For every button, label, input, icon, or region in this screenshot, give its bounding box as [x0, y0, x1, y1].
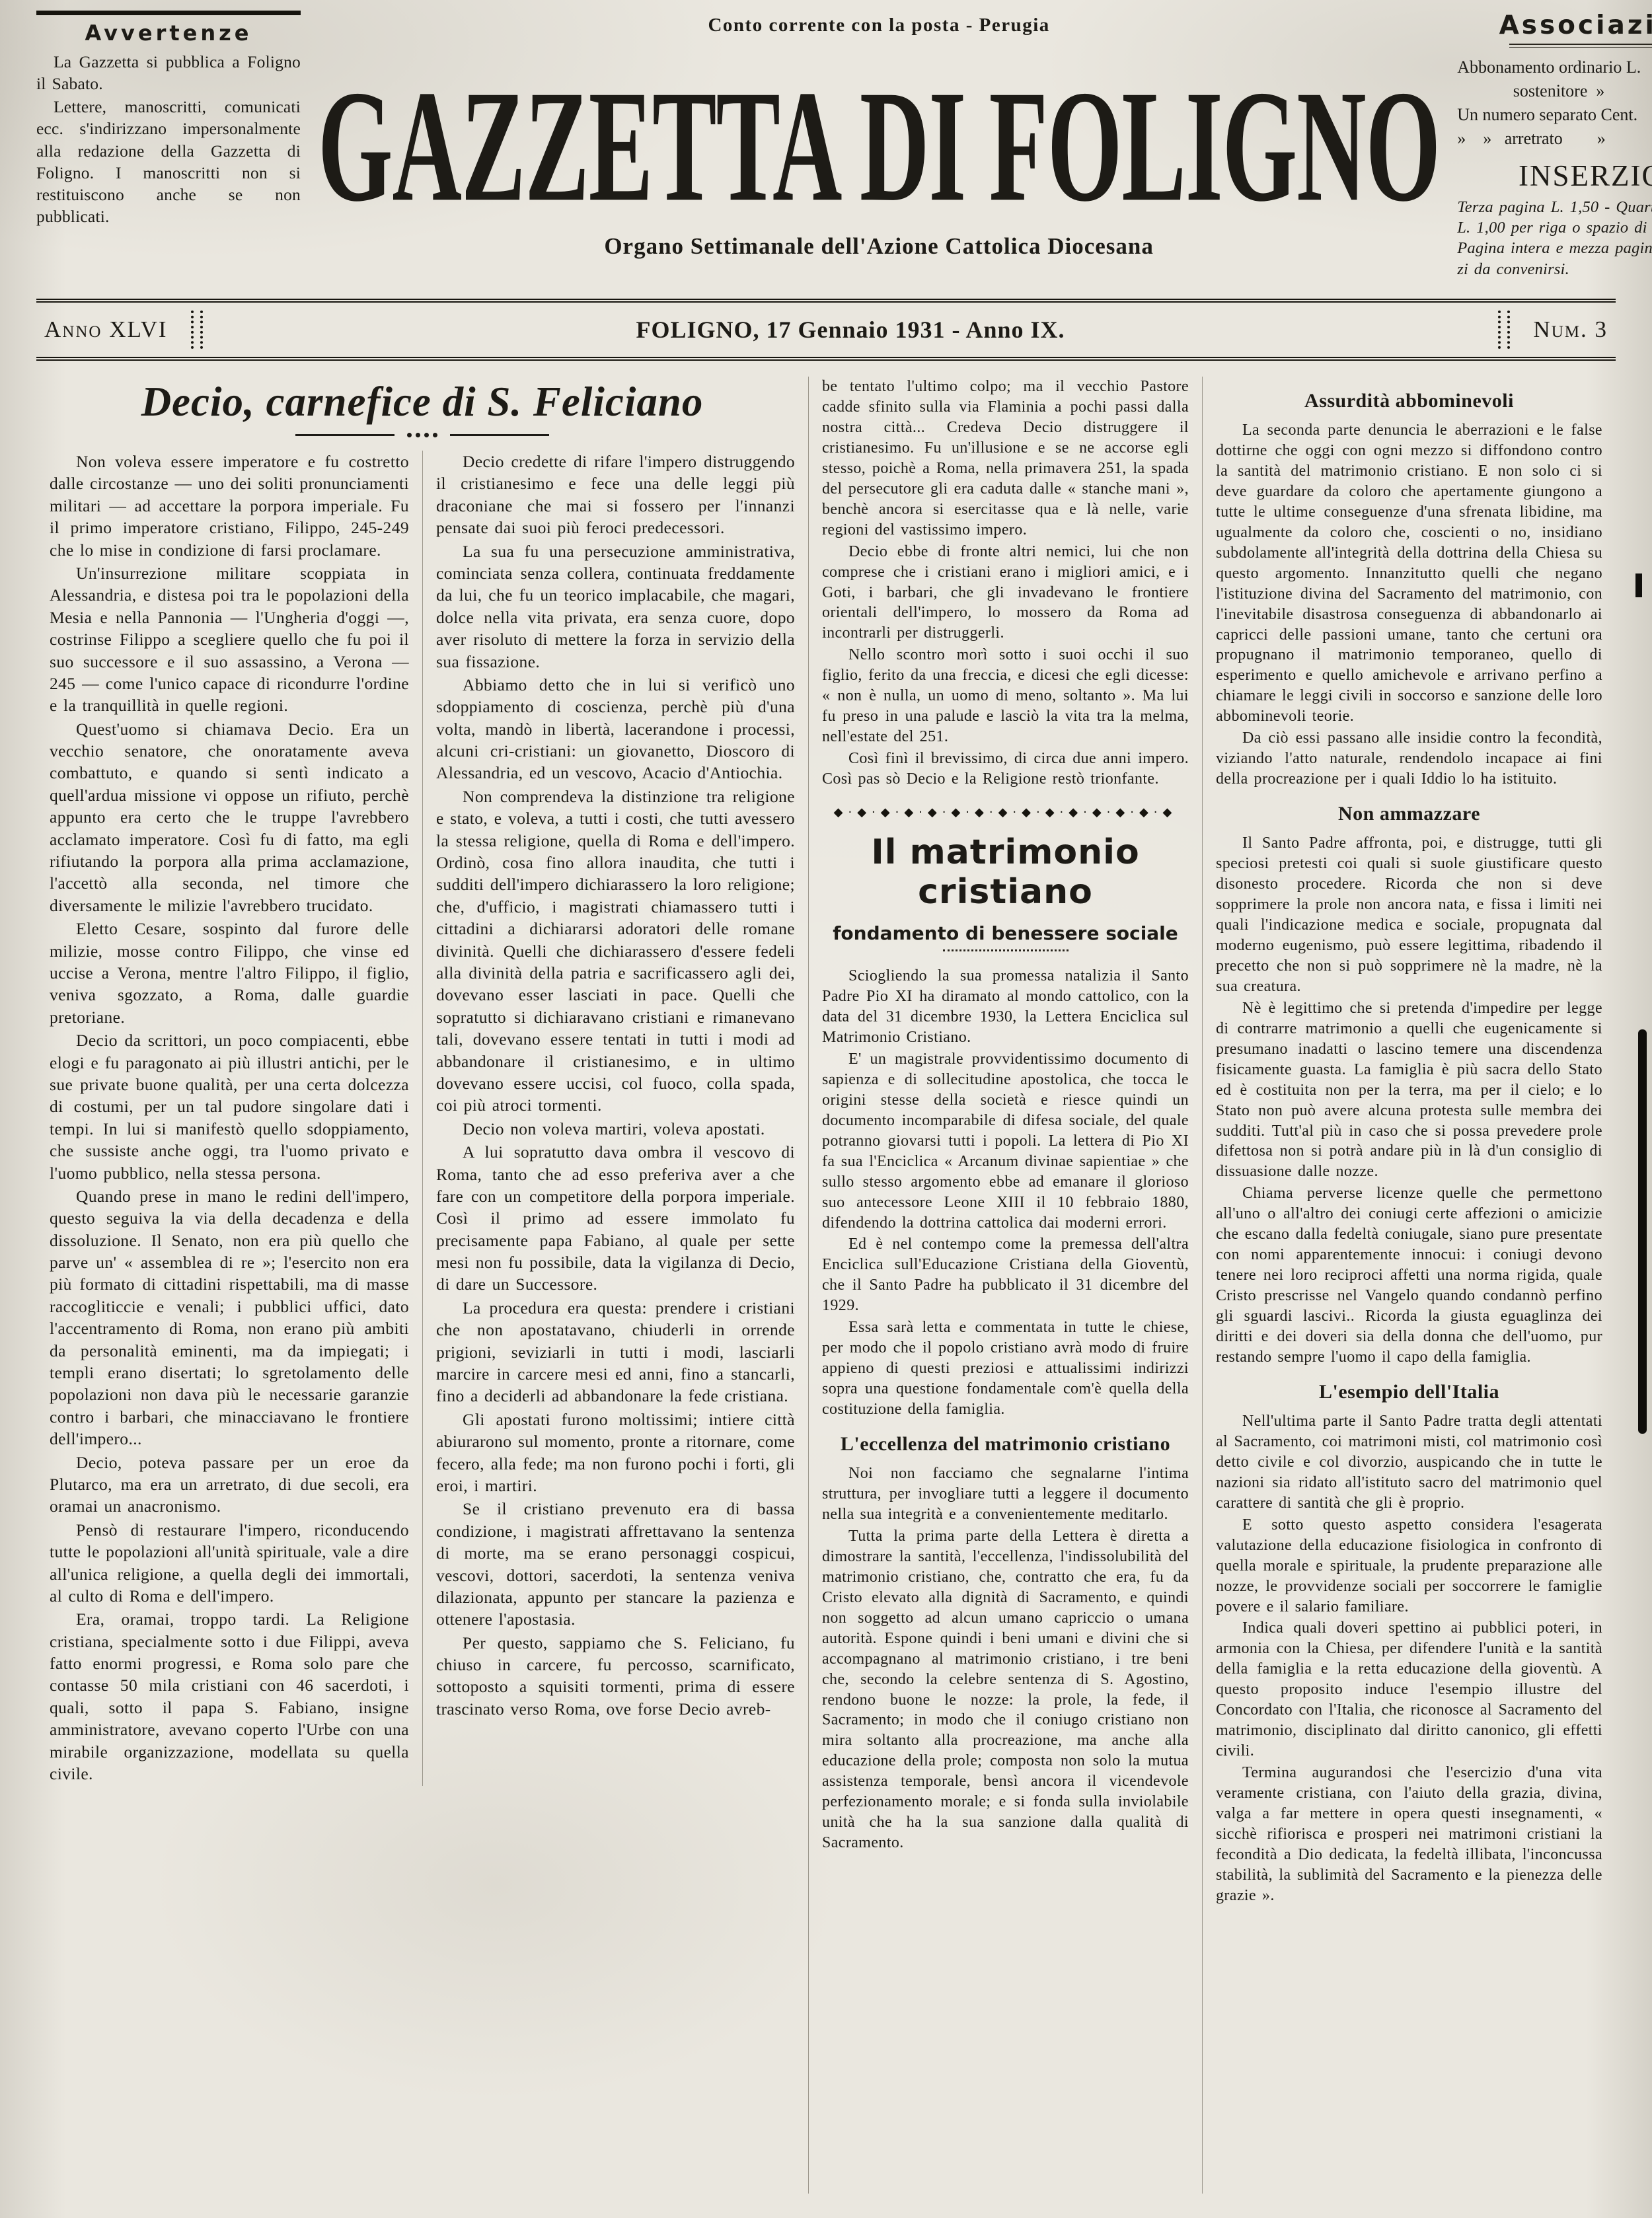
paragraph: Nell'ultima parte il Santo Padre tratta …	[1216, 1411, 1602, 1514]
paragraph: Non comprendeva la distinzione tra relig…	[436, 786, 795, 1117]
paragraph: Gli apostati furono moltissimi; intiere …	[436, 1409, 795, 1497]
paragraph: Se il cristiano prevenuto era di bassa c…	[436, 1498, 795, 1630]
diamond-divider-icon: ◆·◆·◆·◆·◆·◆·◆·◆·◆·◆·◆·◆·◆·◆·◆	[822, 805, 1189, 819]
paragraph: Un'insurrezione militare scoppiata in Al…	[50, 562, 409, 717]
association-rule	[1509, 44, 1652, 48]
inserzioni-text: Terza pagina L. 1,50 - QuartaL. 1,00 per…	[1457, 197, 1652, 279]
article-decio: Decio, carnefice di S. Feliciano Non vol…	[36, 377, 808, 2194]
paragraph: Decio credette di rifare l'impero distru…	[436, 451, 795, 539]
inserzioni-title: INSERZIONI	[1457, 159, 1652, 193]
paragraph: Pensò di restaurare l'impero, riconducen…	[50, 1519, 409, 1608]
newspaper-title: GAZZETTA DI FOLIGNO	[318, 64, 1440, 229]
paragraph: Noi non facciamo che segnalarne l'intima…	[822, 1463, 1189, 1525]
paragraph: Indica quali doveri spettino ai pubblici…	[1216, 1618, 1602, 1761]
section-heading: Assurdità abbominevoli	[1216, 390, 1602, 412]
paragraph: La Gazzetta si pubblica a Foligno il Sab…	[36, 51, 301, 94]
newspaper-subtitle: Organo Settimanale dell'Azione Cattolica…	[318, 233, 1440, 260]
paragraph: Decio non voleva martiri, voleva apostat…	[436, 1118, 795, 1140]
article-subtitle: fondamento di benessere sociale	[822, 922, 1189, 944]
volume-label: Anno XLVI	[44, 316, 168, 343]
notices-box: Avvertenze La Gazzetta si pubblica a Fol…	[36, 11, 301, 299]
paragraph: Essa sarà letta e commentata in tutte le…	[822, 1317, 1189, 1420]
section-assurdita: La seconda parte denuncia le aberrazioni…	[1216, 420, 1602, 790]
paragraph: Decio da scrittori, un poco compiacenti,…	[50, 1029, 409, 1184]
print-artifact	[1638, 1029, 1647, 1434]
paragraph: Decio, poteva passare per un eroe da Plu…	[50, 1452, 409, 1518]
section-eccellenza: Noi non facciamo che segnalarne l'intima…	[822, 1463, 1189, 1853]
paragraph: Terza pagina L. 1,50 - Quarta	[1457, 197, 1652, 217]
association-box: Associazione Abbonamento ordinario L.10 …	[1457, 11, 1652, 299]
subscription-rates: Abbonamento ordinario L.10 sostenitore »…	[1457, 55, 1652, 151]
paragraph: Il Santo Padre affronta, poi, e distrugg…	[1216, 833, 1602, 997]
column-1: Non voleva essere imperatore e fu costre…	[36, 451, 422, 1786]
paragraph: E sotto questo aspetto considera l'esage…	[1216, 1515, 1602, 1617]
rate-label: Abbonamento ordinario L.	[1457, 55, 1641, 79]
title-divider	[36, 433, 808, 437]
section-italia: Nell'ultima parte il Santo Padre tratta …	[1216, 1411, 1602, 1906]
paragraph: E' un magistrale provvidentissimo docume…	[822, 1049, 1189, 1234]
newspaper-page: Avvertenze La Gazzetta si pubblica a Fol…	[0, 0, 1652, 2218]
article-decio-continuation: be tentato l'ultimo colpo; ma il vecchio…	[822, 377, 1189, 790]
article-title: Il matrimonio cristiano	[822, 832, 1189, 912]
section-heading: Non ammazzare	[1216, 803, 1602, 825]
print-artifact	[1635, 573, 1642, 597]
rate-label: Un numero separato Cent.	[1457, 103, 1637, 127]
rate-row: » » arretrato »50	[1457, 127, 1652, 151]
paragraph: Da ciò essi passano alle insidie contro …	[1216, 728, 1602, 790]
paragraph: Sciogliendo la sua promessa natalizia il…	[822, 966, 1189, 1048]
postal-line: Conto corrente con la posta - Perugia	[318, 15, 1440, 36]
rate-row: Abbonamento ordinario L.10	[1457, 55, 1652, 79]
dateline-bar: Anno XLVI FOLIGNO, 17 Gennaio 1931 - Ann…	[36, 299, 1616, 361]
paragraph: Eletto Cesare, sospinto dal furore delle…	[50, 918, 409, 1028]
page-body: Decio, carnefice di S. Feliciano Non vol…	[36, 377, 1616, 2194]
subtitle-divider	[943, 949, 1069, 951]
notices-text: La Gazzetta si pubblica a Foligno il Sab…	[36, 51, 301, 227]
rate-row: sostenitore »20	[1457, 79, 1652, 103]
rate-label: » » arretrato »	[1457, 127, 1606, 151]
column-3: be tentato l'ultimo colpo; ma il vecchio…	[808, 377, 1202, 2194]
section-heading: L'esempio dell'Italia	[1216, 1381, 1602, 1403]
paragraph: L. 1,00 per riga o spazio di riga	[1457, 217, 1652, 238]
paragraph: La seconda parte denuncia le aberrazioni…	[1216, 420, 1602, 727]
paragraph: Abbiamo detto che in lui si verificò uno…	[436, 674, 795, 784]
rate-row: Un numero separato Cent.20	[1457, 103, 1652, 127]
paragraph: La procedura era questa: prendere i cris…	[436, 1297, 795, 1407]
masthead: Conto corrente con la posta - Perugia GA…	[318, 0, 1440, 299]
paragraph: Chiama perverse licenze quelle che perme…	[1216, 1183, 1602, 1368]
paragraph: Per questo, sappiamo che S. Feliciano, f…	[436, 1632, 795, 1720]
paragraph: Non voleva essere imperatore e fu costre…	[50, 451, 409, 561]
paragraph: Quando prese in mano le redini dell'impe…	[50, 1185, 409, 1450]
divider-dots-icon	[1495, 311, 1513, 349]
paragraph: Quest'uomo si chiamava Decio. Era un vec…	[50, 718, 409, 917]
paragraph: be tentato l'ultimo colpo; ma il vecchio…	[822, 377, 1189, 540]
page-header: Avvertenze La Gazzetta si pubblica a Fol…	[36, 0, 1616, 299]
section-ammazzare: Il Santo Padre affronta, poi, e distrugg…	[1216, 833, 1602, 1368]
paragraph: Era, oramai, troppo tardi. La Religione …	[50, 1608, 409, 1785]
paragraph: Tutta la prima parte della Lettera è dir…	[822, 1526, 1189, 1853]
divider-dots-icon	[188, 311, 206, 349]
association-title: Associazione	[1457, 11, 1652, 40]
paragraph: Nello scontro morì sotto i suoi occhi il…	[822, 645, 1189, 747]
paragraph: A lui sopratutto dava ombra il vescovo d…	[436, 1141, 795, 1296]
column-2: Decio credette di rifare l'impero distru…	[422, 451, 808, 1786]
paragraph: Lettere, manoscritti, comunicati ecc. s'…	[36, 96, 301, 227]
column-4: Assurdità abbominevoli La seconda parte …	[1202, 377, 1616, 2194]
rate-label: sostenitore »	[1457, 79, 1604, 103]
paragraph: Così finì il brevissimo, di circa due an…	[822, 749, 1189, 790]
notices-title: Avvertenze	[36, 20, 301, 46]
section-heading: L'eccellenza del matrimonio cristiano	[822, 1433, 1189, 1456]
paragraph: zi da convenirsi.	[1457, 259, 1652, 279]
paragraph: Pagina intera e mezza pagina prez-	[1457, 238, 1652, 258]
issue-number: Num. 3	[1533, 316, 1608, 343]
paragraph: Decio ebbe di fronte altri nemici, lui c…	[822, 542, 1189, 644]
paragraph: La sua fu una persecuzione amministrativ…	[436, 540, 795, 673]
article-matrimonio-intro: Sciogliendo la sua promessa natalizia il…	[822, 966, 1189, 1420]
issue-dateline: FOLIGNO, 17 Gennaio 1931 - Anno IX.	[226, 316, 1476, 344]
paragraph: Ed è nel contempo come la premessa dell'…	[822, 1234, 1189, 1316]
paragraph: Nè è legittimo che si pretenda d'impedir…	[1216, 998, 1602, 1183]
paragraph: Termina augurandosi che l'esercizio d'un…	[1216, 1763, 1602, 1906]
article-title: Decio, carnefice di S. Feliciano	[36, 378, 808, 426]
